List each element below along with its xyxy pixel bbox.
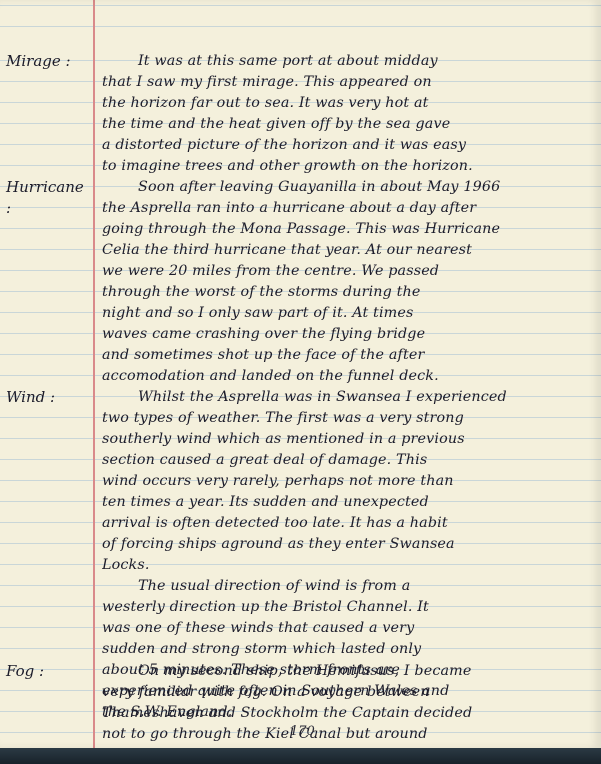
text-line: Whilst the Asprella was in Swansea I exp… — [102, 387, 594, 408]
page-number: 170 — [290, 724, 315, 739]
text-line: wind occurs very rarely, perhaps not mor… — [102, 471, 594, 492]
text-line: sudden and strong storm which lasted onl… — [102, 639, 594, 660]
text-line: through the worst of the storms during t… — [102, 282, 594, 303]
text-line: southerly wind which as mentioned in a p… — [102, 429, 594, 450]
text-line: that I saw my first mirage. This appeare… — [102, 72, 594, 93]
section-text: On my second ship, the Hemifusus, I beca… — [102, 661, 594, 745]
text-line: the time and the heat given off by the s… — [102, 114, 594, 135]
text-line: not to go through the Kiel Canal but aro… — [102, 724, 594, 745]
text-line: On my second ship, the Hemifusus, I beca… — [102, 661, 594, 682]
section-text: It was at this same port at about midday… — [102, 51, 594, 177]
text-line: ten times a year. Its sudden and unexpec… — [102, 492, 594, 513]
text-line: Soon after leaving Guayanilla in about M… — [102, 177, 594, 198]
text-line: we were 20 miles from the centre. We pas… — [102, 261, 594, 282]
text-line: was one of these winds that caused a ver… — [102, 618, 594, 639]
section-label: Wind : — [6, 387, 92, 408]
text-line: to imagine trees and other growth on the… — [102, 156, 594, 177]
text-line: two types of weather. The first was a ve… — [102, 408, 594, 429]
text-line: Locks. — [102, 555, 594, 576]
section-text: Soon after leaving Guayanilla in about M… — [102, 177, 594, 387]
text-line: the horizon far out to sea. It was very … — [102, 93, 594, 114]
text-line: section caused a great deal of damage. T… — [102, 450, 594, 471]
text-line: very familiar with fog. On a voyage betw… — [102, 682, 594, 703]
text-line: It was at this same port at about midday — [102, 51, 594, 72]
text-line: a distorted picture of the horizon and i… — [102, 135, 594, 156]
text-line: Thameshaven and Stockholm the Captain de… — [102, 703, 594, 724]
text-line: The usual direction of wind is from a — [102, 576, 594, 597]
text-line: of forcing ships aground as they enter S… — [102, 534, 594, 555]
notebook-page: Mirage : It was at this same port at abo… — [0, 0, 601, 748]
text-line: night and so I only saw part of it. At t… — [102, 303, 594, 324]
section-label: Hurricane : — [6, 177, 92, 219]
section-label: Fog : — [6, 661, 92, 682]
text-line: the Asprella ran into a hurricane about … — [102, 198, 594, 219]
text-line: going through the Mona Passage. This was… — [102, 219, 594, 240]
text-line: westerly direction up the Bristol Channe… — [102, 597, 594, 618]
text-line: accomodation and landed on the funnel de… — [102, 366, 594, 387]
text-line: and sometimes shot up the face of the af… — [102, 345, 594, 366]
text-line: arrival is often detected too late. It h… — [102, 513, 594, 534]
text-line: Celia the third hurricane that year. At … — [102, 240, 594, 261]
section-label: Mirage : — [6, 51, 92, 72]
text-line: waves came crashing over the flying brid… — [102, 324, 594, 345]
page-bottom-edge — [0, 748, 601, 764]
